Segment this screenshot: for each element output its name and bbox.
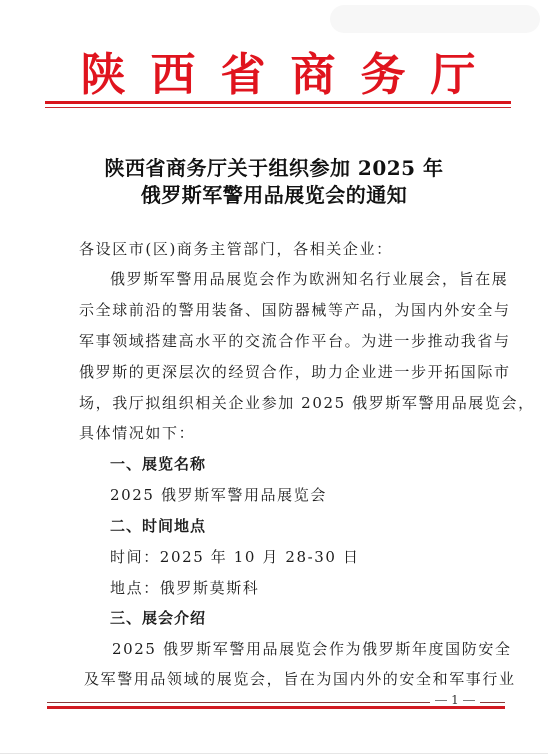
paragraph-line: 具体情况如下： <box>79 422 195 443</box>
section-heading-introduction: 三、展会介绍 <box>110 607 206 628</box>
org-letterhead: 陕 西 省 商 务 厅 <box>78 42 478 98</box>
section-line-location: 地点：俄罗斯莫斯科 <box>110 577 259 598</box>
document-title-line-1: 陕西省商务厅关于组织参加 2025 年 <box>0 152 548 181</box>
letterhead-char: 西 <box>148 38 198 103</box>
document-page: 陕 西 省 商 务 厅 陕西省商务厅关于组织参加 2025 年 俄罗斯军警用品展… <box>0 0 548 756</box>
section-line: 2025 俄罗斯军警用品展览会作为俄罗斯年度国防安全 <box>112 638 512 659</box>
salutation: 各设区市(区)商务主管部门，各相关企业： <box>79 238 393 259</box>
section-line: 及军警用品领域的展览会，旨在为国内外的安全和军事行业 <box>84 668 516 689</box>
letterhead-char: 陕 <box>78 38 128 103</box>
paragraph-line: 俄罗斯的更深层次的经贸合作，助力企业进一步开拓国际市 <box>79 361 511 382</box>
paragraph-line: 俄罗斯军警用品展览会作为欧洲知名行业展会，旨在展 <box>110 268 508 289</box>
letterhead-char: 厅 <box>428 38 478 103</box>
page-number: 1 <box>430 694 480 706</box>
section-heading-time-location: 二、时间地点 <box>110 515 206 536</box>
letterhead-rule-thick <box>45 101 511 104</box>
paragraph-line: 示全球前沿的警用装备、国防器械等产品，为国内外安全与 <box>79 299 511 320</box>
page-edge <box>0 753 548 754</box>
letterhead-char: 商 <box>288 38 338 103</box>
paragraph-line: 场，我厅拟组织相关企业参加 2025 俄罗斯军警用品展览会， <box>79 392 535 413</box>
paragraph-line: 军事领域搭建高水平的交流合作平台。为进一步推动我省与 <box>79 330 511 351</box>
letterhead-char: 省 <box>218 38 268 103</box>
scan-shadow <box>330 5 540 33</box>
letterhead-char: 务 <box>358 38 408 103</box>
section-line: 2025 俄罗斯军警用品展览会 <box>110 484 327 505</box>
section-line-time: 时间：2025 年 10 月 28-30 日 <box>110 546 360 567</box>
footer-rule-thick <box>47 706 505 709</box>
letterhead-rule-thin <box>45 107 511 108</box>
section-heading-exhibition-name: 一、展览名称 <box>110 453 206 474</box>
document-title-line-2: 俄罗斯军警用品展览会的通知 <box>0 179 548 208</box>
